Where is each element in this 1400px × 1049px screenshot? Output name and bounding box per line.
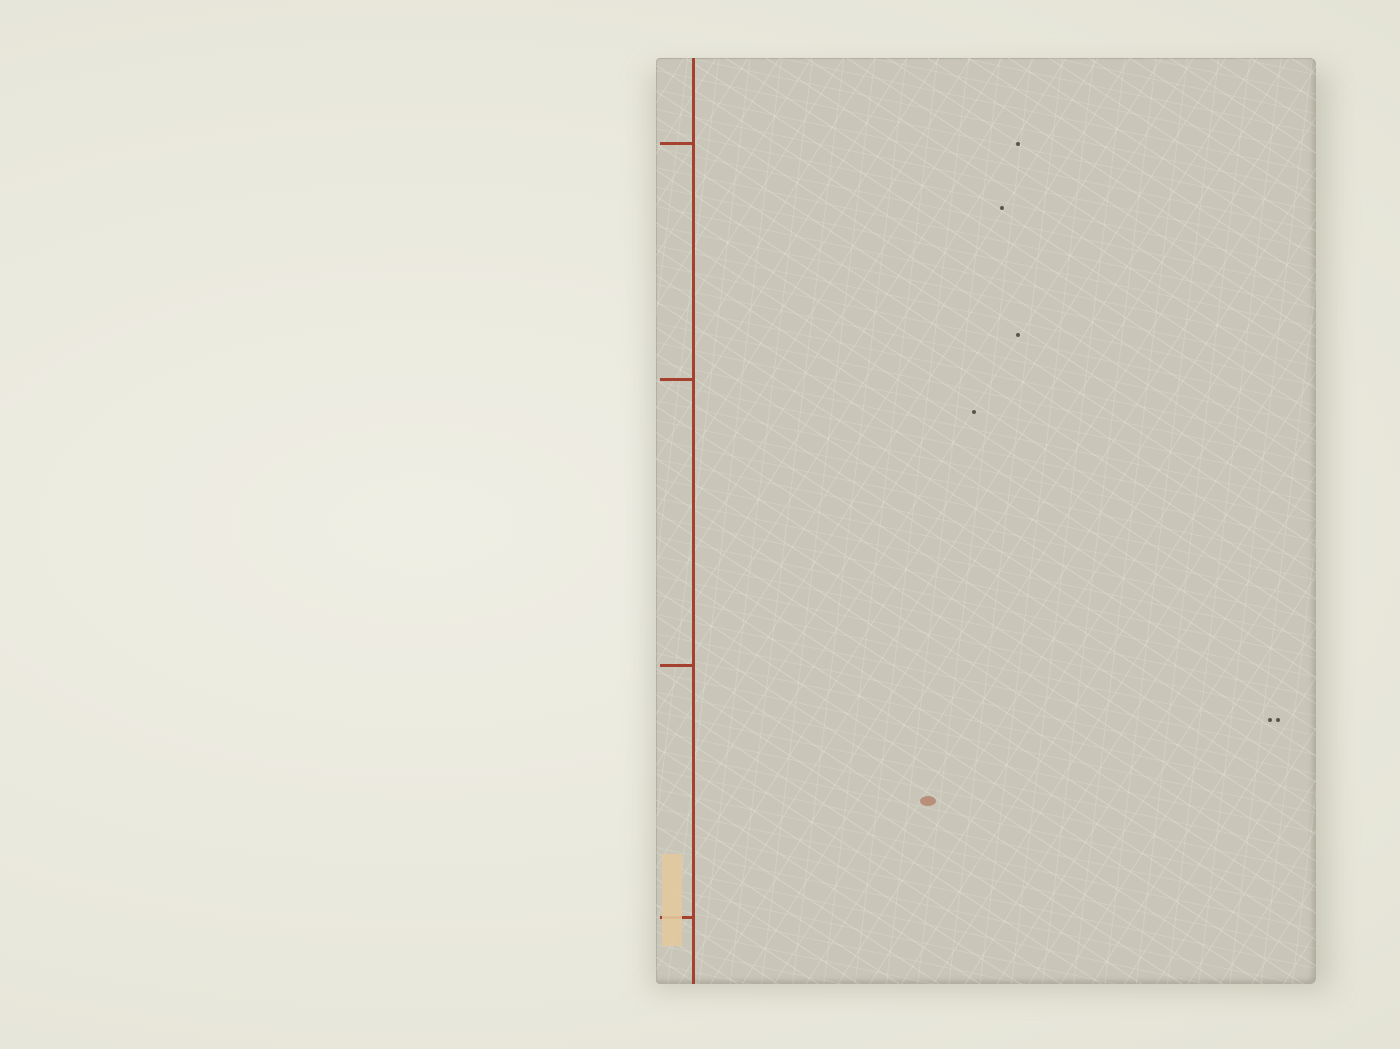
spot [1276,718,1280,722]
spot [1268,718,1272,722]
spot [1016,333,1020,337]
stitch-1 [660,142,694,145]
crackle-texture [656,58,1316,984]
book-cover [656,58,1316,984]
spot [1016,142,1020,146]
repair-tape [662,854,682,946]
spot [1000,206,1004,210]
stain-mark [920,796,936,806]
stitch-2 [660,378,694,381]
spot [972,410,976,414]
stitch-3 [660,664,694,667]
spine-thread [692,58,695,984]
